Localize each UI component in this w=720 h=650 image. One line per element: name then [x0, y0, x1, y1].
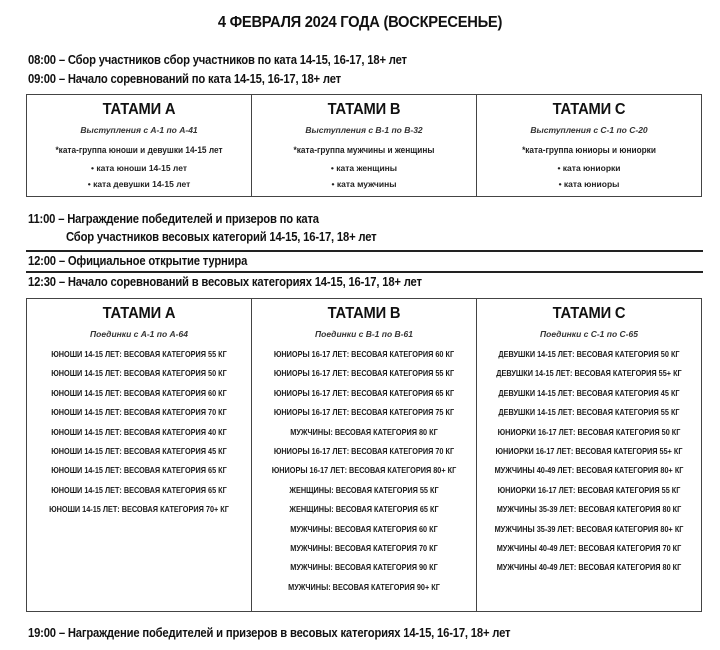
- schedule-line-0900: 09:00 – Начало соревнований по ката 14-1…: [28, 72, 341, 86]
- divider: [26, 250, 703, 252]
- weight-category-item: МУЖЧИНЫ: ВЕСОВАЯ КАТЕГОРИЯ 90 КГ: [265, 558, 462, 577]
- kata-group: *ката-группа юноши и девушки 14-15 лет: [36, 145, 242, 155]
- weight-category-item: ЮНИОРЫ 16-17 ЛЕТ: ВЕСОВАЯ КАТЕГОРИЯ 55 К…: [265, 364, 462, 383]
- weight-category-item: ЮНОШИ 14-15 ЛЕТ: ВЕСОВАЯ КАТЕГОРИЯ 40 КГ: [40, 423, 237, 442]
- bout-range: Поединки с С-1 по С-65: [477, 329, 701, 339]
- weight-column-tatami-a: ТАТАМИ А Поединки с А-1 по А-64 ЮНОШИ 14…: [27, 299, 252, 611]
- weight-category-item: ЖЕНЩИНЫ: ВЕСОВАЯ КАТЕГОРИЯ 65 КГ: [265, 500, 462, 519]
- weight-category-item: ЮНОШИ 14-15 ЛЕТ: ВЕСОВАЯ КАТЕГОРИЯ 65 КГ: [40, 461, 237, 480]
- weight-category-item: ЮНИОРЫ 16-17 ЛЕТ: ВЕСОВАЯ КАТЕГОРИЯ 75 К…: [265, 403, 462, 422]
- bout-range: Поединки с А-1 по А-64: [27, 329, 251, 339]
- tatami-title: ТАТАМИ В: [261, 305, 467, 323]
- tatami-title: ТАТАМИ В: [261, 101, 467, 119]
- weight-category-item: ЮНИОРКИ 16-17 ЛЕТ: ВЕСОВАЯ КАТЕГОРИЯ 55+…: [490, 442, 687, 461]
- weight-category-item: ЮНОШИ 14-15 ЛЕТ: ВЕСОВАЯ КАТЕГОРИЯ 50 КГ: [40, 364, 237, 383]
- weight-category-item: МУЖЧИНЫ: ВЕСОВАЯ КАТЕГОРИЯ 80 КГ: [265, 423, 462, 442]
- weight-category-item: МУЖЧИНЫ 35-39 ЛЕТ: ВЕСОВАЯ КАТЕГОРИЯ 80 …: [490, 500, 687, 519]
- weight-column-tatami-b: ТАТАМИ В Поединки с В-1 по В-61 ЮНИОРЫ 1…: [252, 299, 477, 611]
- kata-table: ТАТАМИ А Выступления с А-1 по А-41 *ката…: [26, 94, 702, 197]
- tatami-title: ТАТАМИ С: [486, 101, 692, 119]
- kata-item: • ката девушки 14-15 лет: [27, 179, 251, 189]
- schedule-line-1200: 12:00 – Официальное открытие турнира: [28, 254, 247, 268]
- weight-category-item: МУЖЧИНЫ 40-49 ЛЕТ: ВЕСОВАЯ КАТЕГОРИЯ 70 …: [490, 539, 687, 558]
- weight-category-item: ЮНИОРЫ 16-17 ЛЕТ: ВЕСОВАЯ КАТЕГОРИЯ 60 К…: [265, 345, 462, 364]
- schedule-line-1230: 12:30 – Начало соревнований в весовых ка…: [28, 275, 422, 289]
- weight-category-item: МУЖЧИНЫ 40-49 ЛЕТ: ВЕСОВАЯ КАТЕГОРИЯ 80+…: [490, 461, 687, 480]
- kata-item: • ката мужчины: [252, 179, 476, 189]
- kata-column-tatami-c: ТАТАМИ С Выступления с С-1 по С-20 *ката…: [477, 95, 701, 196]
- weight-category-item: МУЖЧИНЫ 35-39 ЛЕТ: ВЕСОВАЯ КАТЕГОРИЯ 80+…: [490, 520, 687, 539]
- weight-category-item: ЮНИОРКИ 16-17 ЛЕТ: ВЕСОВАЯ КАТЕГОРИЯ 50 …: [490, 423, 687, 442]
- weight-category-item: ДЕВУШКИ 14-15 ЛЕТ: ВЕСОВАЯ КАТЕГОРИЯ 45 …: [490, 384, 687, 403]
- weight-column-tatami-c: ТАТАМИ С Поединки с С-1 по С-65 ДЕВУШКИ …: [477, 299, 701, 611]
- weight-category-item: МУЖЧИНЫ 40-49 ЛЕТ: ВЕСОВАЯ КАТЕГОРИЯ 80 …: [490, 558, 687, 577]
- kata-item: • ката женщины: [252, 163, 476, 173]
- kata-group: *ката-группа юниоры и юниорки: [486, 145, 692, 155]
- weight-category-item: МУЖЧИНЫ: ВЕСОВАЯ КАТЕГОРИЯ 90+ КГ: [265, 578, 462, 597]
- kata-item: • ката юниоры: [477, 179, 701, 189]
- weight-category-item: ЮНИОРЫ 16-17 ЛЕТ: ВЕСОВАЯ КАТЕГОРИЯ 80+ …: [265, 461, 462, 480]
- weight-category-item: ЮНИОРКИ 16-17 ЛЕТ: ВЕСОВАЯ КАТЕГОРИЯ 55 …: [490, 481, 687, 500]
- bout-range: Поединки с В-1 по В-61: [252, 329, 476, 339]
- category-list: ЮНОШИ 14-15 ЛЕТ: ВЕСОВАЯ КАТЕГОРИЯ 55 КГ…: [27, 345, 251, 520]
- schedule-line-1900: 19:00 – Награждение победителей и призер…: [28, 626, 510, 640]
- tatami-title: ТАТАМИ С: [486, 305, 692, 323]
- kata-column-tatami-b: ТАТАМИ В Выступления с В-1 по В-32 *ката…: [252, 95, 477, 196]
- weight-category-item: ДЕВУШКИ 14-15 ЛЕТ: ВЕСОВАЯ КАТЕГОРИЯ 50 …: [490, 345, 687, 364]
- kata-range: Выступления с А-1 по А-41: [27, 125, 251, 135]
- kata-item: • ката юниорки: [477, 163, 701, 173]
- weight-category-item: ЮНОШИ 14-15 ЛЕТ: ВЕСОВАЯ КАТЕГОРИЯ 65 КГ: [40, 481, 237, 500]
- weight-category-item: ЮНОШИ 14-15 ЛЕТ: ВЕСОВАЯ КАТЕГОРИЯ 70+ К…: [40, 500, 237, 519]
- weight-category-item: ЮНОШИ 14-15 ЛЕТ: ВЕСОВАЯ КАТЕГОРИЯ 60 КГ: [40, 384, 237, 403]
- weight-category-item: ЮНИОРЫ 16-17 ЛЕТ: ВЕСОВАЯ КАТЕГОРИЯ 70 К…: [265, 442, 462, 461]
- weight-category-item: ЮНОШИ 14-15 ЛЕТ: ВЕСОВАЯ КАТЕГОРИЯ 70 КГ: [40, 403, 237, 422]
- schedule-line-0800: 08:00 – Сбор участников сбор участников …: [28, 53, 407, 67]
- kata-group: *ката-группа мужчины и женщины: [261, 145, 467, 155]
- divider: [26, 271, 703, 273]
- kata-range: Выступления с В-1 по В-32: [252, 125, 476, 135]
- weight-category-item: МУЖЧИНЫ: ВЕСОВАЯ КАТЕГОРИЯ 70 КГ: [265, 539, 462, 558]
- weight-category-item: ЖЕНЩИНЫ: ВЕСОВАЯ КАТЕГОРИЯ 55 КГ: [265, 481, 462, 500]
- category-list: ЮНИОРЫ 16-17 ЛЕТ: ВЕСОВАЯ КАТЕГОРИЯ 60 К…: [252, 345, 476, 597]
- tatami-title: ТАТАМИ А: [36, 101, 242, 119]
- weight-category-item: ЮНИОРЫ 16-17 ЛЕТ: ВЕСОВАЯ КАТЕГОРИЯ 65 К…: [265, 384, 462, 403]
- tatami-title: ТАТАМИ А: [36, 305, 242, 323]
- weight-category-item: ЮНОШИ 14-15 ЛЕТ: ВЕСОВАЯ КАТЕГОРИЯ 55 КГ: [40, 345, 237, 364]
- schedule-line-gather-weight: Сбор участников весовых категорий 14-15,…: [66, 230, 377, 244]
- weight-category-item: ДЕВУШКИ 14-15 ЛЕТ: ВЕСОВАЯ КАТЕГОРИЯ 55+…: [490, 364, 687, 383]
- weight-category-item: ДЕВУШКИ 14-15 ЛЕТ: ВЕСОВАЯ КАТЕГОРИЯ 55 …: [490, 403, 687, 422]
- schedule-line-1100: 11:00 – Награждение победителей и призер…: [28, 212, 319, 226]
- category-list: ДЕВУШКИ 14-15 ЛЕТ: ВЕСОВАЯ КАТЕГОРИЯ 50 …: [477, 345, 701, 578]
- weight-table: ТАТАМИ А Поединки с А-1 по А-64 ЮНОШИ 14…: [26, 298, 702, 612]
- weight-category-item: ЮНОШИ 14-15 ЛЕТ: ВЕСОВАЯ КАТЕГОРИЯ 45 КГ: [40, 442, 237, 461]
- kata-column-tatami-a: ТАТАМИ А Выступления с А-1 по А-41 *ката…: [27, 95, 252, 196]
- kata-range: Выступления с С-1 по С-20: [477, 125, 701, 135]
- page-title: 4 ФЕВРАЛЯ 2024 ГОДА (ВОСКРЕСЕНЬЕ): [29, 14, 691, 32]
- kata-item: • ката юноши 14-15 лет: [27, 163, 251, 173]
- weight-category-item: МУЖЧИНЫ: ВЕСОВАЯ КАТЕГОРИЯ 60 КГ: [265, 520, 462, 539]
